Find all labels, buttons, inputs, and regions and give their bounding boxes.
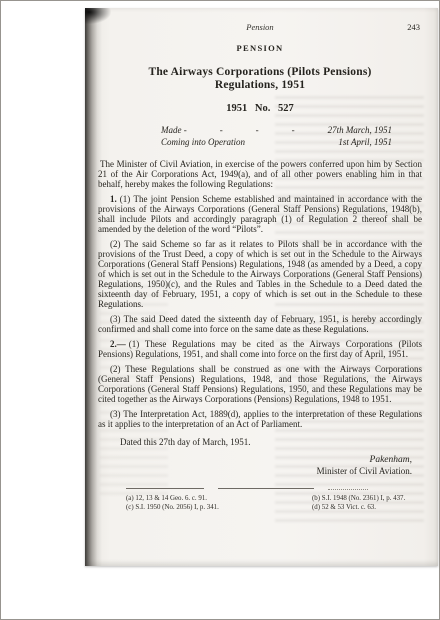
coming-into-operation-date: 1st April, 1951 xyxy=(338,137,392,149)
paragraph-text: (2) The said Scheme so far as it relates… xyxy=(98,239,422,309)
regulation-1-paragraph-3: (3) The said Deed dated the sixteenth da… xyxy=(98,314,422,334)
signatory-title: Minister of Civil Aviation. xyxy=(98,466,412,477)
regulation-2-paragraph-3: (3) The Interpretation Act, 1889(d), app… xyxy=(98,409,422,429)
paragraph-text: The Minister of Civil Aviation, in exerc… xyxy=(98,159,422,189)
made-dash: - xyxy=(292,125,295,137)
paragraph-text: (1) The joint Pension Scheme established… xyxy=(98,194,422,234)
rule-dots xyxy=(328,488,368,490)
footnote-c: (c) S.I. 1950 (No. 2056) I, p. 341. xyxy=(126,503,284,512)
footnote-d: (d) 52 & 53 Vict. c. 63. xyxy=(312,503,405,512)
signature-block: Pakenham, Minister of Civil Aviation. xyxy=(98,455,422,477)
footnotes-left-column: (a) 12, 13 & 14 Geo. 6. c. 91. (c) S.I. … xyxy=(126,494,284,512)
paragraph-number: 1. xyxy=(110,194,117,204)
regulation-2-paragraph-2: (2) These Regulations shall be construed… xyxy=(98,364,422,404)
footnotes-right-column: (b) S.I. 1948 (No. 2361) I, p. 437. (d) … xyxy=(312,494,405,512)
document-title-line2: Regulations, 1951 xyxy=(98,79,422,92)
paragraph-number: 2.— xyxy=(110,339,126,349)
running-head-text: Pension xyxy=(98,22,422,32)
signatory-name: Pakenham, xyxy=(98,455,412,466)
regulation-1-paragraph-2: (2) The said Scheme so far as it relates… xyxy=(98,239,422,309)
footnote-b: (b) S.I. 1948 (No. 2361) I, p. 437. xyxy=(312,494,405,503)
document-viewer: Pension 243 PENSION The Airways Corporat… xyxy=(0,0,440,620)
scanned-page: Pension 243 PENSION The Airways Corporat… xyxy=(85,8,438,566)
regulation-1-paragraph-1: 1.(1) The joint Pension Scheme establish… xyxy=(98,194,422,234)
si-number: 1951 No. 527 xyxy=(98,104,422,114)
rule-segment xyxy=(126,488,204,489)
running-header: Pension 243 xyxy=(98,22,422,32)
effective-dates-block: Made - - - - 27th March, 1951 Coming int… xyxy=(161,125,392,149)
footnote-separator-rule xyxy=(126,487,422,490)
made-date: 27th March, 1951 xyxy=(328,125,392,137)
paragraph-text: (3) The said Deed dated the sixteenth da… xyxy=(98,314,422,334)
paragraph-text: (1) These Regulations may be cited as th… xyxy=(98,339,422,359)
section-heading: PENSION xyxy=(98,43,422,53)
document-title-line1: The Airways Corporations (Pilots Pension… xyxy=(98,66,422,79)
footnote-a: (a) 12, 13 & 14 Geo. 6. c. 91. xyxy=(126,494,284,503)
rule-segment xyxy=(218,488,314,489)
coming-into-operation-row: Coming into Operation 1st April, 1951 xyxy=(161,137,392,149)
document-title: The Airways Corporations (Pilots Pension… xyxy=(98,66,422,92)
preamble-paragraph: The Minister of Civil Aviation, in exerc… xyxy=(98,159,422,189)
made-row: Made - - - - 27th March, 1951 xyxy=(161,125,392,137)
made-dash: - xyxy=(220,125,223,137)
paragraph-text: (2) These Regulations shall be construed… xyxy=(98,364,422,404)
page-content: Pension 243 PENSION The Airways Corporat… xyxy=(85,8,438,566)
footnotes: (a) 12, 13 & 14 Geo. 6. c. 91. (c) S.I. … xyxy=(98,494,422,512)
made-label: Made - xyxy=(161,125,187,137)
dated-line: Dated this 27th day of March, 1951. xyxy=(98,437,422,447)
regulation-2-paragraph-1: 2.—(1) These Regulations may be cited as… xyxy=(98,339,422,359)
made-dash: - xyxy=(256,125,259,137)
coming-into-operation-label: Coming into Operation xyxy=(161,137,245,149)
paragraph-text: (3) The Interpretation Act, 1889(d), app… xyxy=(98,409,422,429)
page-number: 243 xyxy=(407,22,420,32)
